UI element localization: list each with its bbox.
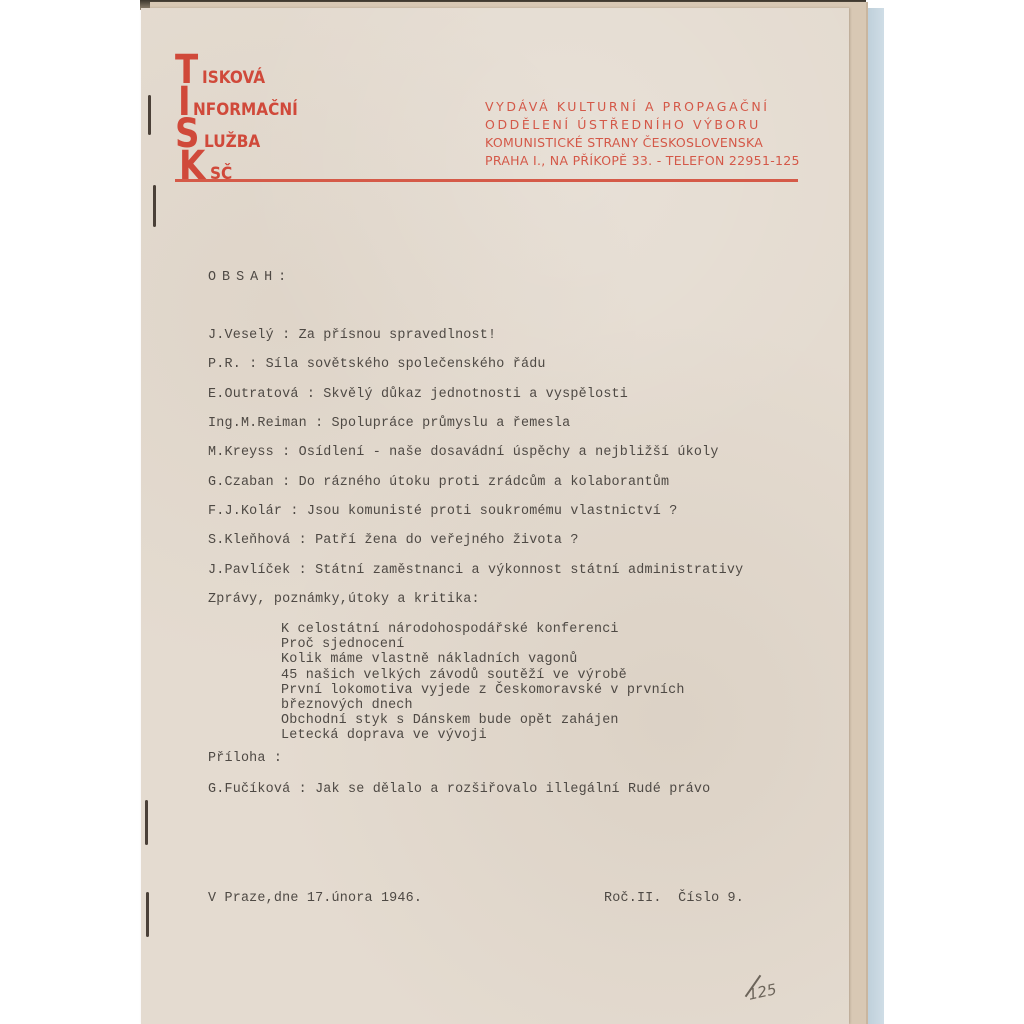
appendix-entry: G.Fučíková : Jak se dělalo a rozšiřovalo… [208,782,710,797]
article-entry: J.Pavlíček : Státní zaměstnanci a výkonn… [208,563,743,578]
issue-number: Roč.II. Číslo 9. [604,891,744,906]
publisher-line: KOMUNISTICKÉ STRANY ČESKOSLOVENSKA [485,134,800,152]
appendix-heading: Příloha : [208,751,282,766]
news-item: 45 našich velkých závodů soutěží ve výro… [281,668,685,683]
news-item: Letecká doprava ve vývoji [281,728,685,743]
place-date: V Praze,dne 17.února 1946. [208,891,422,906]
staple-icon [148,95,151,135]
news-item: Obchodní styk s Dánskem bude opět zaháje… [281,713,685,728]
news-item: Proč sjednocení [281,637,685,652]
staple-icon [146,892,149,937]
news-item: K celostátní národohospodářské konferenc… [281,622,685,637]
news-item: březnových dnech [281,698,685,713]
article-entry: J.Veselý : Za přísnou spravedlnost! [208,328,496,343]
news-heading: Zprávy, poznámky,útoky a kritika: [208,592,480,607]
publisher-line: PRAHA I., NA PŘÍKOPĚ 33. - TELEFON 22951… [485,152,800,170]
article-entry: F.J.Kolár : Jsou komunisté proti soukrom… [208,504,677,519]
news-item: První lokomotiva vyjede z Českomoravské … [281,683,685,698]
news-item: Kolik máme vlastně nákladních vagonů [281,652,685,667]
article-entry: M.Kreyss : Osídlení - naše dosavádní úsp… [208,445,719,460]
publisher-info: VYDÁVÁ KULTURNÍ A PROPAGAČNÍ ODDĚLENÍ ÚS… [485,98,800,170]
news-list: K celostátní národohospodářské konferenc… [281,622,685,744]
article-entry: S.Kleňhová : Patří žena do veřejného živ… [208,533,579,548]
staple-icon [153,185,156,227]
article-entry: Ing.M.Reiman : Spolupráce průmyslu a řem… [208,416,570,431]
staple-icon [145,800,148,845]
publisher-line: ODDĚLENÍ ÚSTŘEDNÍHO VÝBORU [485,116,800,134]
contents-heading: OBSAH: [208,270,292,285]
article-entry: E.Outratová : Skvělý důkaz jednotnosti a… [208,387,628,402]
publisher-line: VYDÁVÁ KULTURNÍ A PROPAGAČNÍ [485,98,800,116]
letterhead-divider [175,179,798,182]
article-entry: G.Czaban : Do rázného útoku proti zrádců… [208,475,669,490]
article-entry: P.R. : Síla sovětského společenského řád… [208,357,546,372]
